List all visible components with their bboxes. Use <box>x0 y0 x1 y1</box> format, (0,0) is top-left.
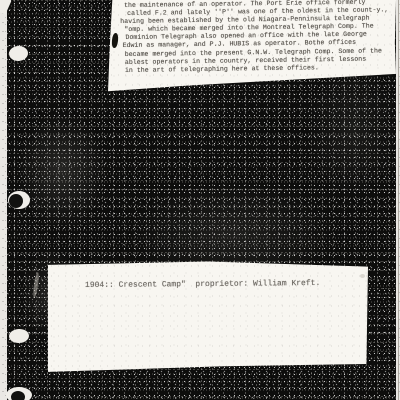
punch-hole-4 <box>6 387 32 400</box>
page-edge-line <box>398 0 399 400</box>
caption-paper: 1904:: Crescent Camp" proprietor: Willia… <box>48 261 368 373</box>
punch-hole-center <box>9 194 23 208</box>
wear-patch <box>307 60 397 200</box>
punch-hole-center <box>11 391 25 400</box>
punch-hole-2 <box>8 191 30 209</box>
scanned-album-page: the maintenance of an operator. The Port… <box>0 0 400 400</box>
caption-text: 1904:: Crescent Camp" proprietor: Willia… <box>85 279 320 290</box>
smudge-artifact <box>360 274 365 278</box>
typed-note-text: the maintenance of an operator. The Port… <box>124 0 395 75</box>
wear-patch <box>17 110 107 230</box>
